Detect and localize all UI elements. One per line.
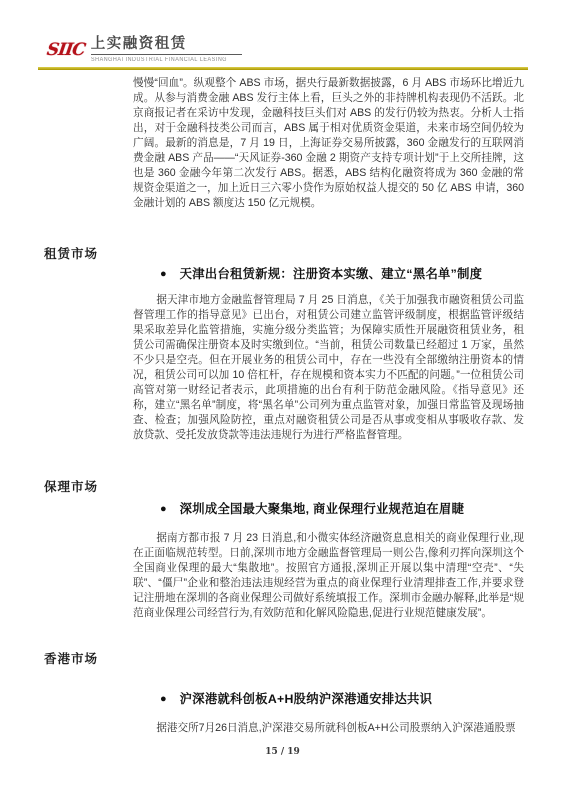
news-body-paragraph: 据港交所7月26日消息,沪深港交易所就科创板A+H公司股票纳入沪深港通股票 <box>133 721 524 736</box>
news-headline: 深圳成全国最大聚集地, 商业保理行业规范迫在眉睫 <box>180 501 465 517</box>
bullet-icon: ● <box>160 266 167 282</box>
news-body-paragraph: 据天津市地方金融监督管理局 7 月 25 日消息，《关于加强我市融资租赁公司监督… <box>133 293 524 443</box>
news-headline-row: ● 沪深港就科创板A+H股纳沪深港通安排达共识 <box>160 691 530 707</box>
intro-paragraph: 慢慢“回血”。纵观整个 ABS 市场，据央行最新数据披露，6 月 ABS 市场环… <box>133 76 524 211</box>
siic-logo-icon: SIIC <box>46 40 87 60</box>
section-header-leasing-market: 租赁市场 <box>44 244 98 262</box>
news-headline-row: ● 深圳成全国最大聚集地, 商业保理行业规范迫在眉睫 <box>160 501 530 517</box>
page-number: 15 / 19 <box>0 747 565 757</box>
company-logo: SIIC 上实融资租赁 SHANGHAI INDUSTRIAL FINANCIA… <box>47 36 242 63</box>
bullet-icon: ● <box>160 691 167 707</box>
section-header-factoring-market: 保理市场 <box>44 477 98 495</box>
news-headline: 天津出台租赁新规：注册资本实缴、建立“黑名单”制度 <box>180 266 483 282</box>
bullet-icon: ● <box>160 501 167 517</box>
news-body-paragraph: 据南方都市报 7 月 23 日消息,和小微实体经济融资息息相关的商业保理行业,现… <box>133 531 524 621</box>
company-name-cn: 上实融资租赁 <box>91 36 242 55</box>
company-name-en: SHANGHAI INDUSTRIAL FINANCIAL LEASING <box>91 57 227 63</box>
news-headline-row: ● 天津出台租赁新规：注册资本实缴、建立“黑名单”制度 <box>160 266 530 282</box>
news-headline: 沪深港就科创板A+H股纳沪深港通安排达共识 <box>180 691 433 707</box>
header-divider-line <box>38 67 528 70</box>
section-header-hongkong-market: 香港市场 <box>44 649 98 667</box>
document-page: SIIC 上实融资租赁 SHANGHAI INDUSTRIAL FINANCIA… <box>0 0 565 800</box>
logo-text-block: 上实融资租赁 SHANGHAI INDUSTRIAL FINANCIAL LEA… <box>91 36 242 63</box>
